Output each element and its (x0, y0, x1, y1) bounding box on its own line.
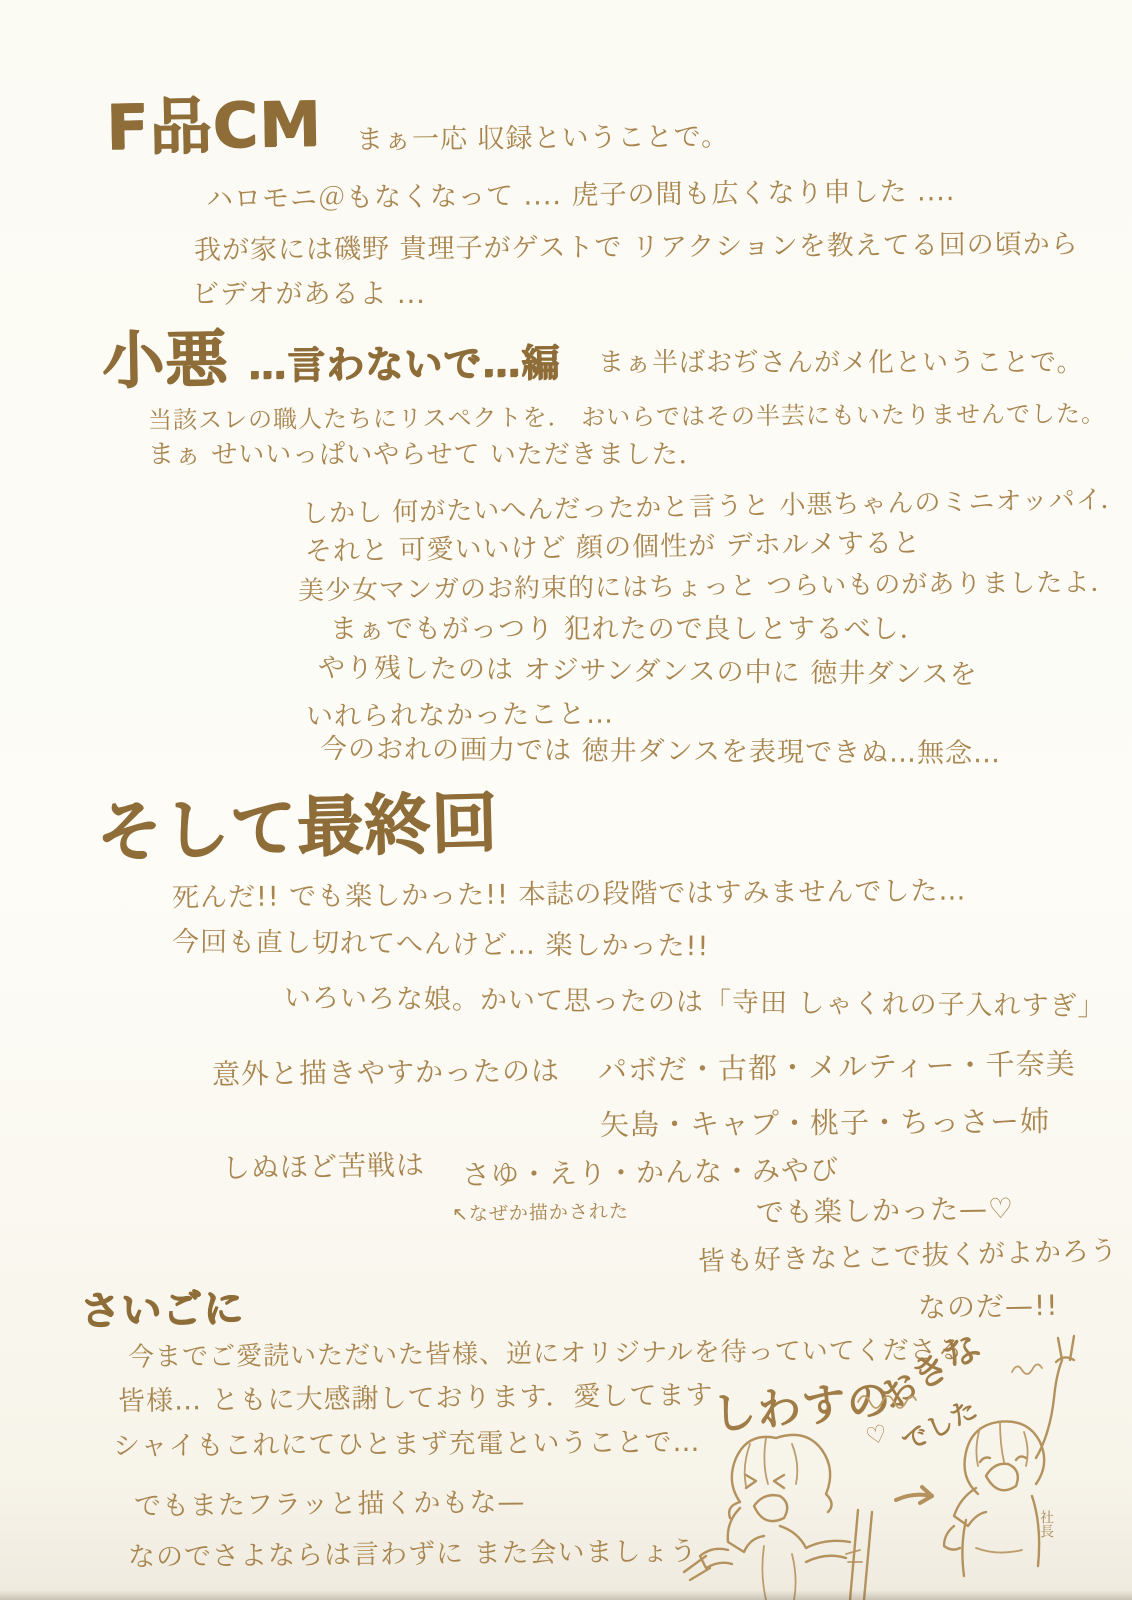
final-fun-line-2: 皆も好きなとこで抜くがよかろう (698, 1237, 1119, 1278)
section-heading-fcm: F品CM (105, 90, 322, 162)
saigoni-line-2: 皆様… ともに大感謝しております．愛してます (118, 1381, 714, 1417)
koaku-line-2: まぁ せいいっぱいやらせて いただきました． (148, 441, 706, 470)
fcm-line-3: ビデオがあるよ ... (192, 280, 426, 310)
hard-to-draw-label: しぬほど苦戦は (222, 1150, 426, 1184)
scanned-afterword-page: F品CM まぁ一応 収録ということで。 ハロモニ＠もなくなって .... 虎子の… (0, 0, 1132, 1600)
arrow-right-icon (896, 1487, 932, 1503)
fcm-line-2: 我が家には磯野 貴理子がゲストで リアクションを教えてる回の頃から (194, 230, 1079, 266)
saigoni-line-5: なのでさよならは言わずに また会いましょう (128, 1537, 698, 1573)
section-heading-koaku: 小悪 (101, 325, 228, 395)
easy-to-draw-names-2: 矢島・キャプ・桃子・ちっさー姉 (600, 1106, 1050, 1142)
koaku-line-9: 今のおれの画力では 徳井ダンスを表現できぬ…無念… (320, 735, 1001, 769)
koaku-line-5: 美少女マンガのお約束的にはちょっと つらいものがありましたよ． (298, 569, 1118, 606)
hard-names-annotation: ↖なぜか描かされた (452, 1201, 629, 1225)
shirt-text: 社長 (1038, 1510, 1054, 1538)
final-fun-line: でも楽しかった—♡ (756, 1194, 1015, 1229)
chibi-singer-right-doodle (944, 1336, 1074, 1576)
fcm-heading-note: まぁ一応 収録ということで。 (356, 122, 729, 155)
easy-to-draw-names-1: パボだ・古都・メルティー・千奈美 (598, 1049, 1076, 1088)
hard-to-draw-names: さゆ・えり・かんな・みやび (462, 1155, 839, 1191)
section-heading-saigoni: さいごに (80, 1287, 245, 1334)
koaku-line-1: 当該スレの職人たちにリスペクトを． おいらではその半芸にもいたりませんでした。 (148, 401, 1106, 434)
saigoni-line-3: シャイもこれにてひとまず充電ということで… (113, 1428, 701, 1462)
final-line-2: 今回も直し切れてへんけど… 楽しかった!! (172, 928, 709, 962)
bottom-right-doodle-area: 社長 (680, 1310, 1132, 1600)
saigoni-line-4: でもまたフラッと描くかもな— (134, 1488, 526, 1522)
fcm-line-1: ハロモニ＠もなくなって .... 虎子の間も広くなり申した .... (206, 177, 956, 215)
section-heading-final: そして最終回 (95, 787, 499, 869)
koaku-line-8: いれられなかったこと… (306, 700, 614, 732)
squiggle-mark (1012, 1364, 1042, 1374)
chibi-singer-left-doodle (684, 1435, 872, 1600)
squiggle-mark (858, 1396, 916, 1408)
final-line-1: 死んだ!! でも楽しかった!! 本誌の段階ではすみませんでした… (172, 877, 967, 914)
koaku-line-6: まぁでもがっつり 犯れたので良しとするべし． (330, 615, 928, 645)
final-line-3: いろいろな娘。かいて思ったのは「寺田 しゃくれの子入れすぎ」 (284, 984, 1106, 1022)
easy-to-draw-label: 意外と描きやすかったのは (212, 1056, 560, 1090)
koaku-line-3: しかし 何がたいへんだったかと言うと 小悪ちゃんのミニオッパイ． (302, 486, 1128, 529)
koaku-heading-sub: …言わないで…編 (248, 343, 560, 388)
koaku-heading-note: まぁ半ばおぢさんがメ化ということで。 (598, 349, 1083, 378)
koaku-line-4: それと 可愛いいけど 顔の個性が デホルメすると (305, 529, 921, 567)
koaku-line-7: やり残したのは オジサンダンスの中に 徳井ダンスを (318, 654, 978, 691)
